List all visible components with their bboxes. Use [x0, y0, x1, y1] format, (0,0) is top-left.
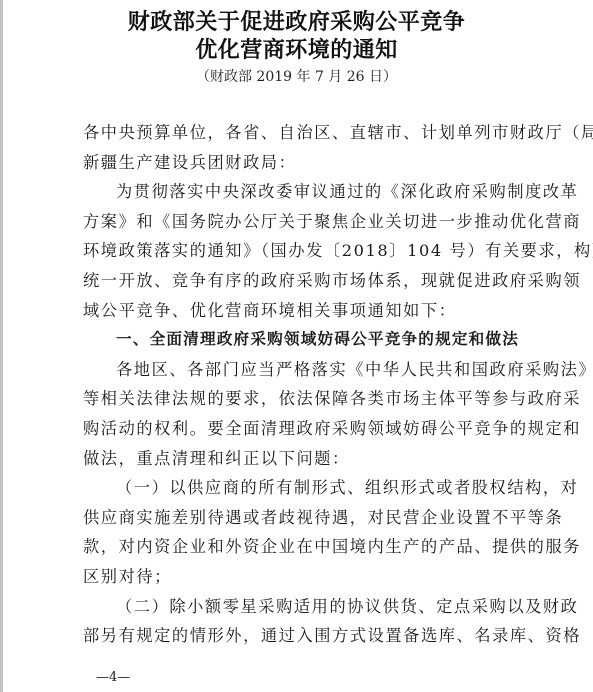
section-heading: 一、全面清理政府采购领域妨碍公平竞争的规定和做法: [83, 325, 543, 355]
paragraph-line: 环境政策落实的通知》（国办发〔2018〕104 号）有关要求，构建: [83, 236, 543, 266]
paragraph-line: 等相关法律法规的要求，依法保障各类市场主体平等参与政府采: [83, 384, 543, 414]
addressee-line: 各中央预算单位，各省、自治区、直辖市、计划单列市财政厅（局），: [83, 118, 543, 148]
page-number: —4—: [96, 670, 130, 685]
list-item-line: 款，对内资企业和外资企业在中国境内生产的产品、提供的服务: [83, 532, 543, 562]
document-title-line-1: 财政部关于促进政府采购公平竞争: [0, 5, 593, 36]
addressee-line: 新疆生产建设兵团财政局：: [83, 148, 543, 178]
paragraph-line: 方案》和《国务院办公厅关于聚焦企业关切进一步推动优化营商: [83, 207, 543, 237]
list-item-line: （二）除小额零星采购适用的协议供货、定点采购以及财政: [83, 592, 543, 622]
paragraph-line: 购活动的权利。要全面清理政府采购领域妨碍公平竞争的规定和: [83, 414, 543, 444]
paragraph-line: 做法，重点清理和纠正以下问题：: [83, 444, 543, 474]
paragraph-line: 域公平竞争、优化营商环境相关事项通知如下：: [83, 296, 543, 326]
list-item-line: （一）以供应商的所有制形式、组织形式或者股权结构，对: [83, 473, 543, 503]
document-issuer-date: （财政部 2019 年 7 月 26 日）: [0, 66, 593, 86]
paragraph-line: 统一开放、竞争有序的政府采购市场体系，现就促进政府采购领: [83, 266, 543, 296]
list-item-line: 供应商实施差别待遇或者歧视待遇，对民营企业设置不平等条: [83, 503, 543, 533]
document-body: 各中央预算单位，各省、自治区、直辖市、计划单列市财政厅（局）， 新疆生产建设兵团…: [83, 118, 543, 651]
paragraph-line: 各地区、各部门应当严格落实《中华人民共和国政府采购法》: [83, 355, 543, 385]
paragraph-line: 为贯彻落实中央深改委审议通过的《深化政府采购制度改革: [83, 177, 543, 207]
list-item-line: 区别对待；: [83, 562, 543, 592]
document-title-line-2: 优化营商环境的通知: [0, 33, 593, 64]
list-item-line: 部另有规定的情形外，通过入围方式设置备选库、名录库、资格: [83, 621, 543, 651]
page-left-edge: [0, 0, 3, 692]
